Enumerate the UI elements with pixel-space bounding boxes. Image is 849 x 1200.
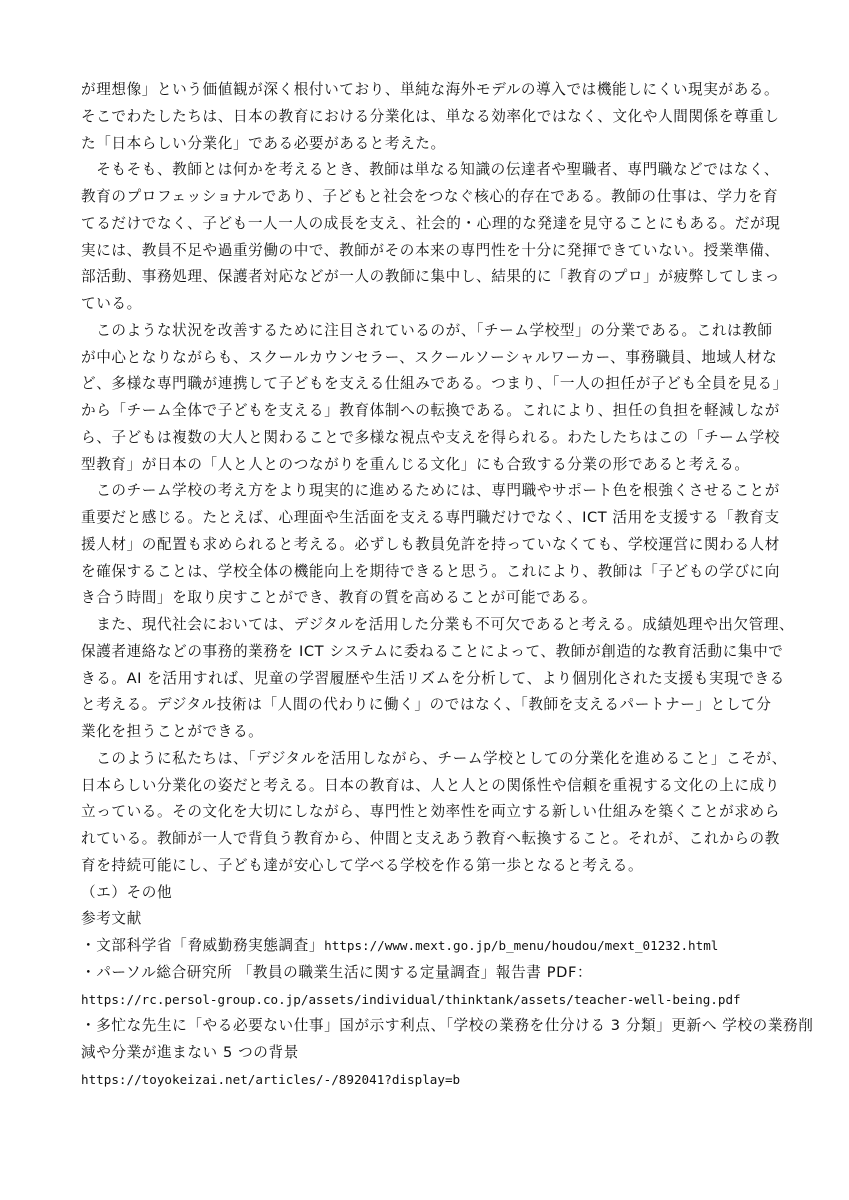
- reference-title-line: 減や分業が進まない 5 つの背景: [81, 1040, 771, 1067]
- body-text-line: ら、子どもは複数の大人と関わることで多様な視点や支えを得られる。わたしたちはこの…: [81, 425, 771, 452]
- body-text-line: 部活動、事務処理、保護者対応などが一人の教師に集中し、結果的に「教育のプロ」が疲…: [81, 264, 771, 291]
- reference-title: ・文部科学省「脅威勤務実態調査」: [81, 937, 324, 954]
- body-text-line: そこでわたしたちは、日本の教育における分業化は、単なる効率化ではなく、文化や人間…: [81, 104, 771, 131]
- body-text-line: そもそも、教師とは何かを考えるとき、教師は単なる知識の伝達者や聖職者、専門職など…: [81, 157, 771, 184]
- body-text-line: を確保することは、学校全体の機能向上を期待できると思う。これにより、教師は「子ど…: [81, 559, 771, 586]
- body-text-line: が理想像」という価値観が深く根付いており、単純な海外モデルの導入では機能しにくい…: [81, 77, 771, 104]
- body-text-line: 型教育」が日本の「人と人とのつながりを重んじる文化」にも合致する分業の形であると…: [81, 452, 771, 479]
- body-text-line: このチーム学校の考え方をより現実的に進めるためには、専門職やサポート色を根強くさ…: [81, 478, 771, 505]
- body-text-line: きる。AI を活用すれば、児童の学習履歴や生活リズムを分析して、より個別化された…: [81, 666, 771, 693]
- body-text-line: 実には、教員不足や過重労働の中で、教師がその本来の専門性を十分に発揮できていない…: [81, 238, 771, 265]
- body-text-line: 業化を担うことができる。: [81, 719, 771, 746]
- body-text-line: このように私たちは、「デジタルを活用しながら、チーム学校としての分業化を進めるこ…: [81, 746, 771, 773]
- body-text-line: また、現代社会においては、デジタルを活用した分業も不可欠であると考える。成績処理…: [81, 612, 771, 639]
- body-text-line: 重要だと感じる。たとえば、心理面や生活面を支える専門職だけでなく、ICT 活用を…: [81, 505, 771, 532]
- body-text-line: ている。: [81, 291, 771, 318]
- reference-title-line: ・多忙な先生に「やる必要ない仕事」国が示す利点、「学校の業務を仕分ける 3 分類…: [81, 1013, 771, 1040]
- body-text-line: が中心となりながらも、スクールカウンセラー、スクールソーシャルワーカー、事務職員…: [81, 345, 771, 372]
- body-text-line: 日本らしい分業化の姿だと考える。日本の教育は、人と人との関係性や信頼を重視する文…: [81, 773, 771, 800]
- body-text-line: から「チーム全体で子どもを支える」教育体制への転換である。これにより、担任の負担…: [81, 398, 771, 425]
- body-text-line: ど、多様な専門職が連携して子どもを支える仕組みである。つまり、「一人の担任が子ど…: [81, 371, 771, 398]
- reference-item: ・文部科学省「脅威勤務実態調査」https://www.mext.go.jp/b…: [81, 933, 771, 960]
- body-text-line: き合う時間」を取り戻すことができ、教育の質を高めることが可能である。: [81, 585, 771, 612]
- section-heading: （エ）その他: [81, 880, 771, 907]
- body-text-line: てるだけでなく、子ども一人一人の成長を支え、社会的・心理的な発達を見守ることにも…: [81, 211, 771, 238]
- body-text-line: 育を持続可能にし、子ども達が安心して学べる学校を作る第一歩となると考える。: [81, 853, 771, 880]
- body-text-line: 立っている。その文化を大切にしながら、専門性と効率性を両立する新しい仕組みを築く…: [81, 799, 771, 826]
- reference-item: ・パーソル総合研究所 「教員の職業生活に関する定量調査」報告書 PDF：: [81, 960, 771, 987]
- body-text-line: 教育のプロフェッショナルであり、子どもと社会をつなぐ核心的存在である。教師の仕事…: [81, 184, 771, 211]
- reference-url[interactable]: https://rc.persol-group.co.jp/assets/ind…: [81, 987, 771, 1014]
- document-page: が理想像」という価値観が深く根付いており、単純な海外モデルの導入では機能しにくい…: [81, 77, 771, 1094]
- body-text-line: と考える。デジタル技術は「人間の代わりに働く」のではなく、「教師を支えるパートナ…: [81, 692, 771, 719]
- body-text-line: 援人材」の配置も求められると考える。必ずしも教員免許を持っていなくても、学校運営…: [81, 532, 771, 559]
- body-text-line: このような状況を改善するために注目されているのが、「チーム学校型」の分業である。…: [81, 318, 771, 345]
- body-text-line: た「日本らしい分業化」である必要があると考えた。: [81, 131, 771, 158]
- reference-title: ・パーソル総合研究所 「教員の職業生活に関する定量調査」報告書 PDF：: [81, 964, 592, 981]
- body-text-line: 保護者連絡などの事務的業務を ICT システムに委ねることによって、教師が創造的…: [81, 639, 771, 666]
- body-text-line: れている。教師が一人で背負う教育から、仲間と支えあう教育へ転換すること。それが、…: [81, 826, 771, 853]
- references-heading: 参考文献: [81, 906, 771, 933]
- reference-url[interactable]: https://toyokeizai.net/articles/-/892041…: [81, 1067, 771, 1094]
- reference-url[interactable]: https://www.mext.go.jp/b_menu/houdou/mex…: [324, 938, 718, 953]
